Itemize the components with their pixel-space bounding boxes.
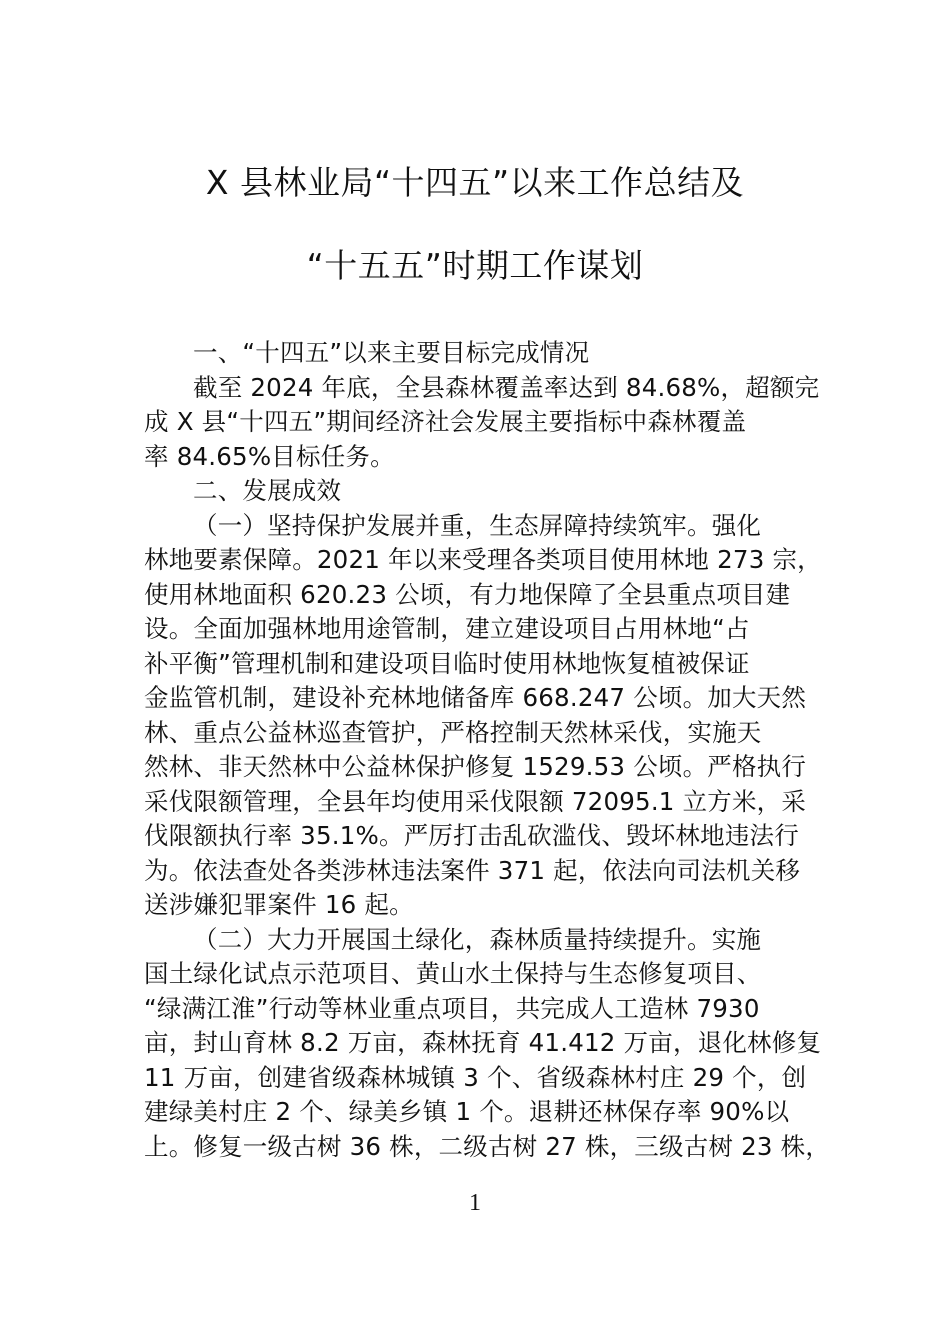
paragraph-line: 亩，封山育林 8.2 万亩，森林抚育 41.412 万亩，退化林修复 xyxy=(144,1026,824,1061)
paragraph-line: 使用林地面积 620.23 公顷，有力地保障了全县重点项目建 xyxy=(144,578,824,613)
paragraph-line: 补平衡”管理机制和建设项目临时使用林地恢复植被保证 xyxy=(144,647,824,682)
paragraph-line: 金监管机制，建设补充林地储备库 668.247 公顷。加大天然 xyxy=(144,681,824,716)
paragraph-line: 上。修复一级古树 36 株，二级古树 27 株，三级古树 23 株， xyxy=(144,1130,824,1165)
paragraph-line: 送涉嫌犯罪案件 16 起。 xyxy=(144,888,824,923)
paragraph-line: 林地要素保障。2021 年以来受理各类项目使用林地 273 宗， xyxy=(144,543,824,578)
document-page: X 县林业局“十四五”以来工作总结及 “十五五”时期工作谋划 一、“十四五”以来… xyxy=(0,0,950,1344)
section-heading-2: 二、发展成效 xyxy=(144,474,824,509)
paragraph-line: 国土绿化试点示范项目、黄山水土保持与生态修复项目、 xyxy=(144,957,824,992)
document-body: 一、“十四五”以来主要目标完成情况 截至 2024 年底，全县森林覆盖率达到 8… xyxy=(144,336,824,1164)
paragraph-line: 采伐限额管理，全县年均使用采伐限额 72095.1 立方米，采 xyxy=(144,785,824,820)
paragraph-line: 林、重点公益林巡查管护，严格控制天然林采伐，实施天 xyxy=(144,716,824,751)
paragraph-line: 截至 2024 年底，全县森林覆盖率达到 84.68%，超额完 xyxy=(144,371,824,406)
paragraph-line: 然林、非天然林中公益林保护修复 1529.53 公顷。严格执行 xyxy=(144,750,824,785)
paragraph-line: 率 84.65%目标任务。 xyxy=(144,440,824,475)
paragraph-line: 伐限额执行率 35.1%。严厉打击乱砍滥伐、毁坏林地违法行 xyxy=(144,819,824,854)
paragraph-line: 建绿美村庄 2 个、绿美乡镇 1 个。退耕还林保存率 90%以 xyxy=(144,1095,824,1130)
page-number: 1 xyxy=(0,1188,950,1218)
subsection-heading-2: （二）大力开展国土绿化，森林质量持续提升。实施 xyxy=(144,923,824,958)
paragraph-line: 设。全面加强林地用途管制，建立建设项目占用林地“占 xyxy=(144,612,824,647)
document-title-line-2: “十五五”时期工作谋划 xyxy=(0,246,950,286)
paragraph-line: “绿满江淮”行动等林业重点项目，共完成人工造林 7930 xyxy=(144,992,824,1027)
subsection-heading-1: （一）坚持保护发展并重，生态屏障持续筑牢。强化 xyxy=(144,509,824,544)
paragraph-line: 为。依法查处各类涉林违法案件 371 起，依法向司法机关移 xyxy=(144,854,824,889)
paragraph-line: 11 万亩，创建省级森林城镇 3 个、省级森林村庄 29 个，创 xyxy=(144,1061,824,1096)
section-heading-1: 一、“十四五”以来主要目标完成情况 xyxy=(144,336,824,371)
document-title-line-1: X 县林业局“十四五”以来工作总结及 xyxy=(0,163,950,203)
paragraph-line: 成 X 县“十四五”期间经济社会发展主要指标中森林覆盖 xyxy=(144,405,824,440)
